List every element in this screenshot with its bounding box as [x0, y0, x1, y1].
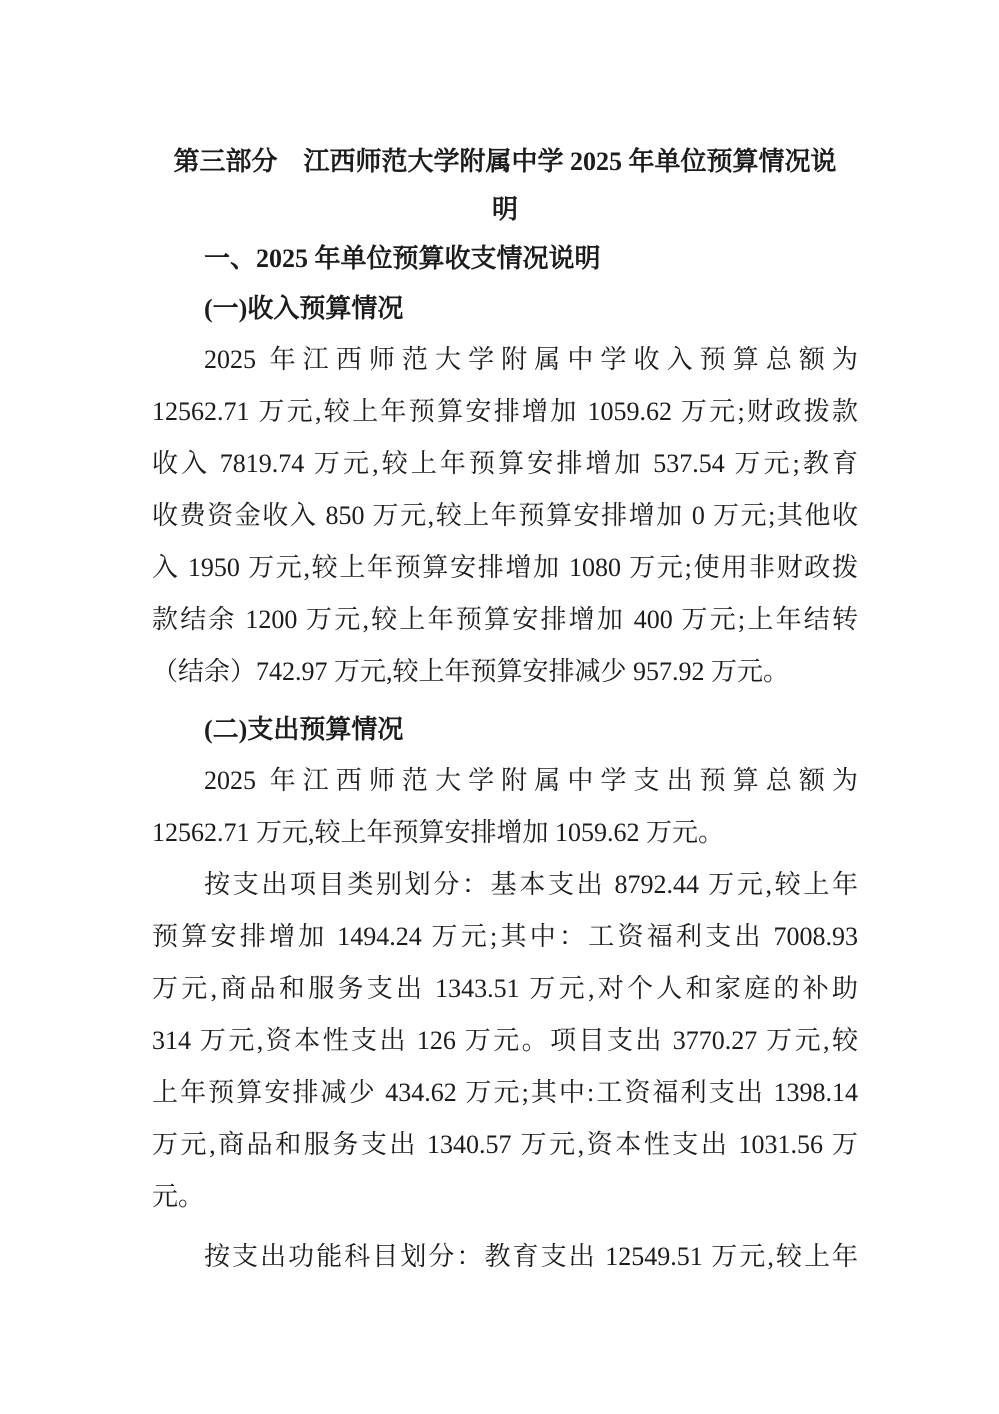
- text-line: 上年预算安排减少 434.62 万元;其中:工资福利支出 1398.14: [152, 1067, 858, 1119]
- text-line: 12562.71 万元,较上年预算安排增加 1059.62 万元;财政拨款: [152, 386, 858, 438]
- text-line: 收费资金收入 850 万元,较上年预算安排增加 0 万元;其他收: [152, 490, 858, 542]
- text-line: 万元,商品和服务支出 1343.51 万元,对个人和家庭的补助: [152, 963, 858, 1015]
- expense-by-function-paragraph: 按支出功能科目划分：教育支出 12549.51 万元,较上年: [152, 1231, 858, 1283]
- text-line: 款结余 1200 万元,较上年预算安排增加 400 万元;上年结转: [152, 594, 858, 646]
- text-line: 按支出功能科目划分：教育支出 12549.51 万元,较上年: [152, 1231, 858, 1283]
- income-subheading: (一)收入预算情况: [152, 284, 858, 334]
- text-line: 入 1950 万元,较上年预算安排增加 1080 万元;使用非财政拨: [152, 542, 858, 594]
- income-paragraph: 2025 年江西师范大学附属中学收入预算总额为 12562.71 万元,较上年预…: [152, 334, 858, 698]
- text-line: 314 万元,资本性支出 126 万元。项目支出 3770.27 万元,较: [152, 1015, 858, 1067]
- text-line: 预算安排增加 1494.24 万元;其中：工资福利支出 7008.93: [152, 911, 858, 963]
- document-title: 第三部分 江西师范大学附属中学 2025 年单位预算情况说 明: [152, 138, 858, 234]
- text-line: 万元,商品和服务支出 1340.57 万元,资本性支出 1031.56 万: [152, 1119, 858, 1171]
- text-line: 2025 年江西师范大学附属中学支出预算总额为: [152, 755, 858, 807]
- title-line-1: 第三部分 江西师范大学附属中学 2025 年单位预算情况说: [152, 138, 858, 186]
- section-heading: 一、2025 年单位预算收支情况说明: [152, 234, 858, 284]
- text-line: 12562.71 万元,较上年预算安排增加 1059.62 万元。: [152, 807, 858, 859]
- text-line: （结余）742.97 万元,较上年预算安排减少 957.92 万元。: [152, 646, 858, 698]
- text-line: 收入 7819.74 万元,较上年预算安排增加 537.54 万元;教育: [152, 438, 858, 490]
- expense-subheading: (二)支出预算情况: [152, 705, 858, 755]
- text-line: 元。: [152, 1171, 858, 1223]
- title-line-2: 明: [152, 186, 858, 234]
- text-line: 2025 年江西师范大学附属中学收入预算总额为: [152, 334, 858, 386]
- document-page: 第三部分 江西师范大学附属中学 2025 年单位预算情况说 明 一、2025 年…: [152, 138, 858, 1283]
- text-line: 按支出项目类别划分：基本支出 8792.44 万元,较上年: [152, 859, 858, 911]
- expense-by-type-paragraph: 按支出项目类别划分：基本支出 8792.44 万元,较上年 预算安排增加 149…: [152, 859, 858, 1223]
- expense-total-paragraph: 2025 年江西师范大学附属中学支出预算总额为 12562.71 万元,较上年预…: [152, 755, 858, 859]
